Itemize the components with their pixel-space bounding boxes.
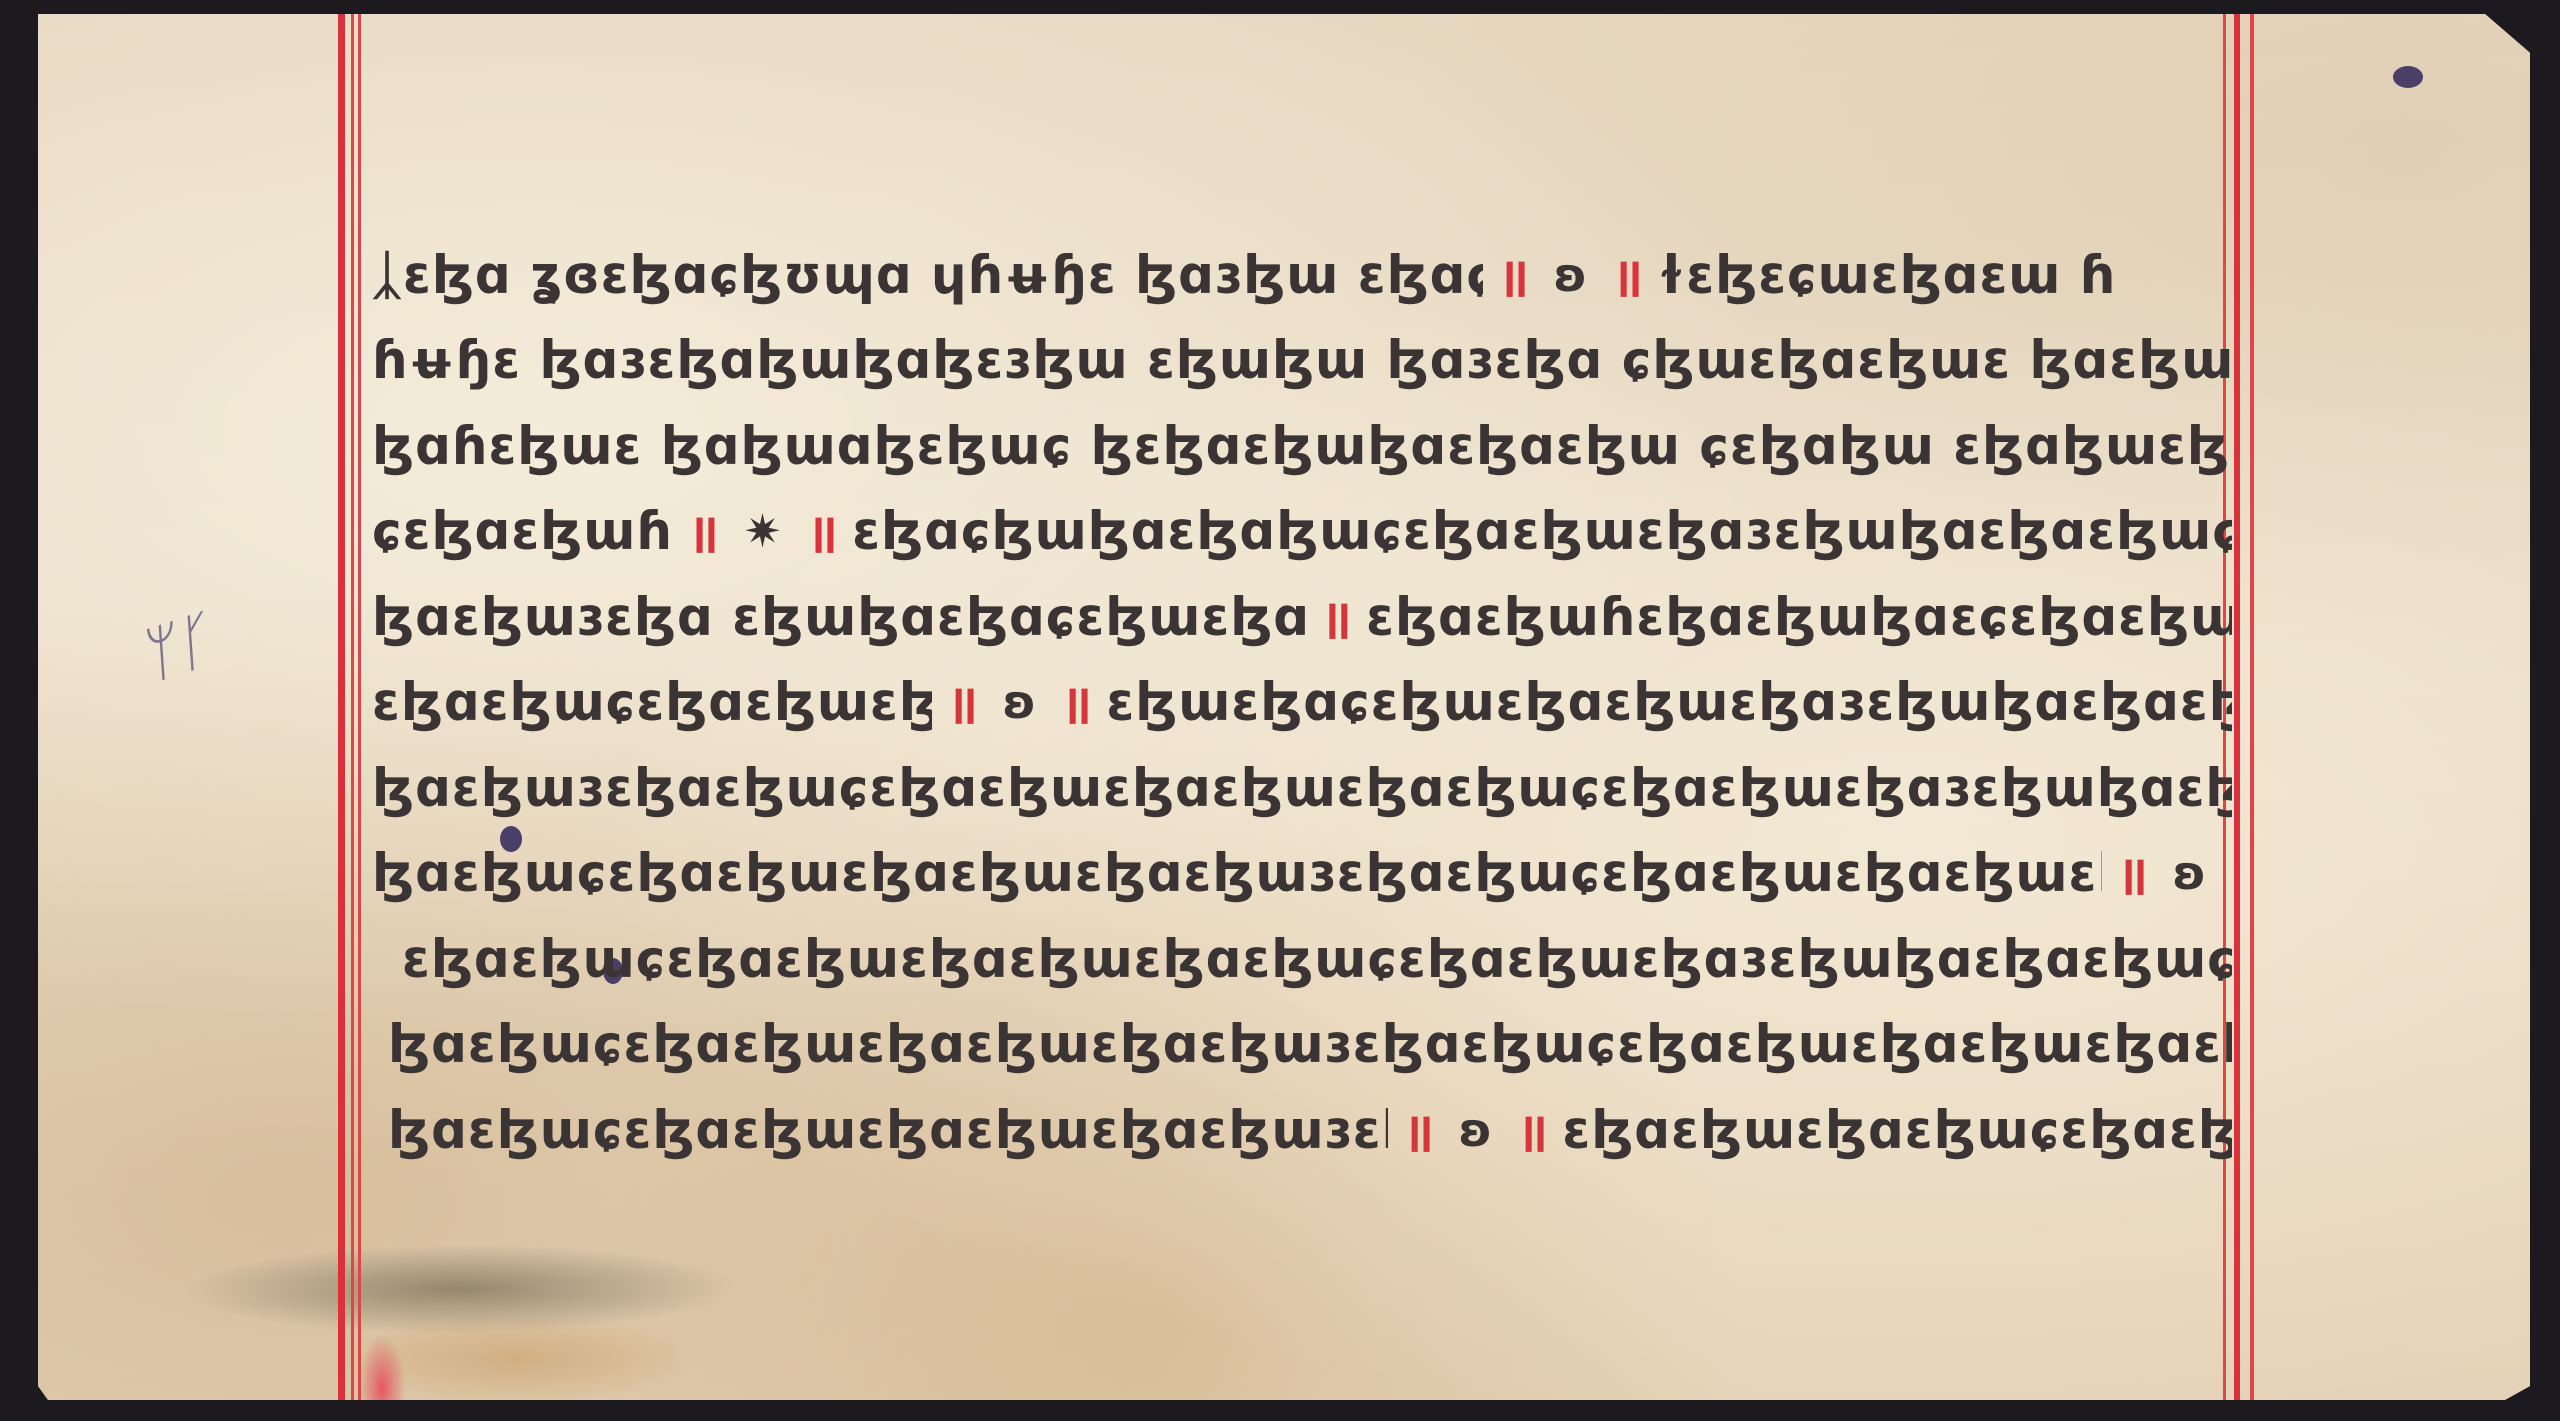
text-segment: ɮɑɛɮɯɕɛɮɑɛɮɯɛɮɑɛɮɯɛɮɑɛɮɯɜɛɮɑɛɮɯɕɛɮɑ <box>372 1099 1388 1160</box>
red-danda: ॥ <box>687 494 719 568</box>
text-line-3: ɮɑɦɛɮɯɛ ɮɑɮɯɑɮɛɮɯɕ ɮɛɮɑɛɮɯɮɑɛɮɑɛɮɯ ɕɛɮɑɮ… <box>372 403 2232 489</box>
ink-blot <box>2393 66 2423 88</box>
red-danda: ॥ <box>2116 836 2148 910</box>
ornament-mark: ✷ <box>743 504 782 558</box>
ornament-mark: ʚ <box>1458 1103 1492 1157</box>
red-danda: ॥ <box>946 665 978 739</box>
text-segment: ɦʉɧɛ ɮɑɜɛɮɑɮɯɮɑɮɛɜɮɯ ɛɮɯɮɯ ɮɑɜɛɮɑ ɕɮɯɛɮɑ… <box>372 330 2232 391</box>
text-segment: ɫɛɮɛɕɯɛɮɑɛɯ ɦ <box>1657 244 2116 305</box>
manuscript-text: ᛣ ɛɮɑ ʓɞɛɮɑɕɮʊɰɑ ɥɦʉɧɛ ɮɑɜɮɯ ɛɮɑɕɛɮɑ ॥ ʚ… <box>372 232 2232 1173</box>
text-segment: ɛɮɑɛɮɯɦɛɮɑɛɮɯɮɑɛɕɛɮɑɛɮɯɛɮɑɛɮɯɛ <box>1366 586 2232 647</box>
text-segment: ɮɑɛɮɯɜɛɮɑ ɛɮɯɮɑɛɮɑɕɛɮɯɛɮɑɛɮɯɛɮɑɜɛ <box>372 586 1306 647</box>
red-danda: ॥ <box>806 494 838 568</box>
text-segment: ɕɛɮɑɛɮɯɦ <box>372 501 673 562</box>
ornament-mark: ʚ <box>1553 248 1587 302</box>
text-line-2: ɦʉɧɛ ɮɑɜɛɮɑɮɯɮɑɮɛɜɮɯ ɛɮɯɮɯ ɮɑɜɛɮɑ ɕɮɯɛɮɑ… <box>372 318 2232 404</box>
red-danda: ॥ <box>1320 580 1352 654</box>
text-line-5: ɮɑɛɮɯɜɛɮɑ ɛɮɯɮɑɛɮɑɕɛɮɯɛɮɑɛɮɯɛɮɑɜɛ ॥ ɛɮɑɛ… <box>372 574 2232 660</box>
text-line-9: ɛɮɑɛɮɯɕɛɮɑɛɮɯɛɮɑɛɮɯɛɮɑɛɮɯɕɛɮɑɛɮɯɛɮɑɜɛɮɯɮ… <box>372 916 2232 1002</box>
text-segment: ɮɑɦɛɮɯɛ ɮɑɮɯɑɮɛɮɯɕ ɮɛɮɑɛɮɯɮɑɛɮɑɛɮɯ ɕɛɮɑɮ… <box>372 415 2232 476</box>
left-margin-rule <box>338 14 345 1400</box>
text-segment: ɛɮɑɛɮɯɕɛɮɑɛɮɯɛɮɑɛɮɯɛɮɑ <box>372 672 932 733</box>
left-margin-rule <box>351 14 354 1400</box>
red-danda: ॥ <box>1611 238 1643 312</box>
text-line-1: ᛣ ɛɮɑ ʓɞɛɮɑɕɮʊɰɑ ɥɦʉɧɛ ɮɑɜɮɯ ɛɮɑɕɛɮɑ ॥ ʚ… <box>372 232 2232 318</box>
text-segment: ɮɑɛɮɯɜɛɮɑɛɮɯɕɛɮɑɛɮɯɛɮɑɛɮɯɛɮɑɛɮɯɕɛɮɑɛɮɯɛɮ… <box>372 757 2232 818</box>
text-segment: ɛɮɑɛɮɯɕɛɮɑɛɮɯɛɮɑɛɮɯɛɮɑɛɮɯɕɛɮɑɛɮɯɛɮɑɜɛɮɯɮ… <box>372 928 2232 989</box>
right-margin-rule <box>2234 14 2240 1400</box>
text-segment: ɛɮɑɛɮɯɛɮɑɛɮɯɕɛɮɑɛɮɯ <box>1562 1099 2232 1160</box>
red-danda: ॥ <box>1402 1093 1434 1167</box>
text-segment: ᛣ <box>372 244 403 305</box>
text-segment: ɮɑɛɮɯɕɛɮɑɛɮɯɛɮɑɛɮɯɛɮɑɛɮɯɜɛɮɑɛɮɯɕɛɮɑɛɮɯɛɮ… <box>372 843 2102 904</box>
text-segment: ɮɑɛɮɯɕɛɮɑɛɮɯɛɮɑɛɮɯɛɮɑɛɮɯɜɛɮɑɛɮɯɕɛɮɑɛɮɯɛɮ… <box>372 1014 2232 1075</box>
red-danda: ॥ <box>1497 238 1529 312</box>
text-line-4: ɕɛɮɑɛɮɯɦ ॥ ✷ ॥ ɛɮɑɕɮɯɮɑɛɮɑɮɯɕɛɮɑɛɮɯɛɮɑɜɛ… <box>372 489 2232 575</box>
red-danda: ॥ <box>1516 1093 1548 1167</box>
text-segment: ɛɮɯɛɮɑɕɛɮɯɛɮɑɛɮɯɛɮɑɜɛɮɯɮɑɛɮɑɛɮɯɕɛɮɑ <box>1106 672 2232 733</box>
right-margin-rule <box>2250 14 2254 1400</box>
ornament-mark: ʚ <box>2172 846 2206 900</box>
left-margin-rule <box>358 14 361 1400</box>
red-ink-bleed <box>358 1334 406 1421</box>
text-line-11: ɮɑɛɮɯɕɛɮɑɛɮɯɛɮɑɛɮɯɛɮɑɛɮɯɜɛɮɑɛɮɯɕɛɮɑ ॥ ʚ … <box>372 1087 2232 1173</box>
text-line-10: ɮɑɛɮɯɕɛɮɑɛɮɯɛɮɑɛɮɯɛɮɑɛɮɯɜɛɮɑɛɮɯɕɛɮɑɛɮɯɛɮ… <box>372 1002 2232 1088</box>
text-line-7: ɮɑɛɮɯɜɛɮɑɛɮɯɕɛɮɑɛɮɯɛɮɑɛɮɯɛɮɑɛɮɯɕɛɮɑɛɮɯɛɮ… <box>372 745 2232 831</box>
text-line-6: ɛɮɑɛɮɯɕɛɮɑɛɮɯɛɮɑɛɮɯɛɮɑ ॥ ʚ ॥ ɛɮɯɛɮɑɕɛɮɯɛ… <box>372 660 2232 746</box>
text-segment: ɛɮɑ ʓɞɛɮɑɕɮʊɰɑ ɥɦʉɧɛ ɮɑɜɮɯ ɛɮɑɕɛɮɑ <box>403 244 1483 305</box>
text-segment: ɛɮɑɕɮɯɮɑɛɮɑɮɯɕɛɮɑɛɮɯɛɮɑɜɛɮɯɮɑɛɮɑɛɮɯɕɛɮɑɛ… <box>852 501 2232 562</box>
red-speck <box>2530 272 2546 302</box>
text-line-8: ɮɑɛɮɯɕɛɮɑɛɮɯɛɮɑɛɮɯɛɮɑɛɮɯɜɛɮɑɛɮɯɕɛɮɑɛɮɯɛɮ… <box>372 831 2232 917</box>
red-danda: ॥ <box>1060 665 1092 739</box>
ornament-mark: ʚ <box>1002 675 1036 729</box>
margin-annotation: ᛘᚴ <box>129 605 219 694</box>
